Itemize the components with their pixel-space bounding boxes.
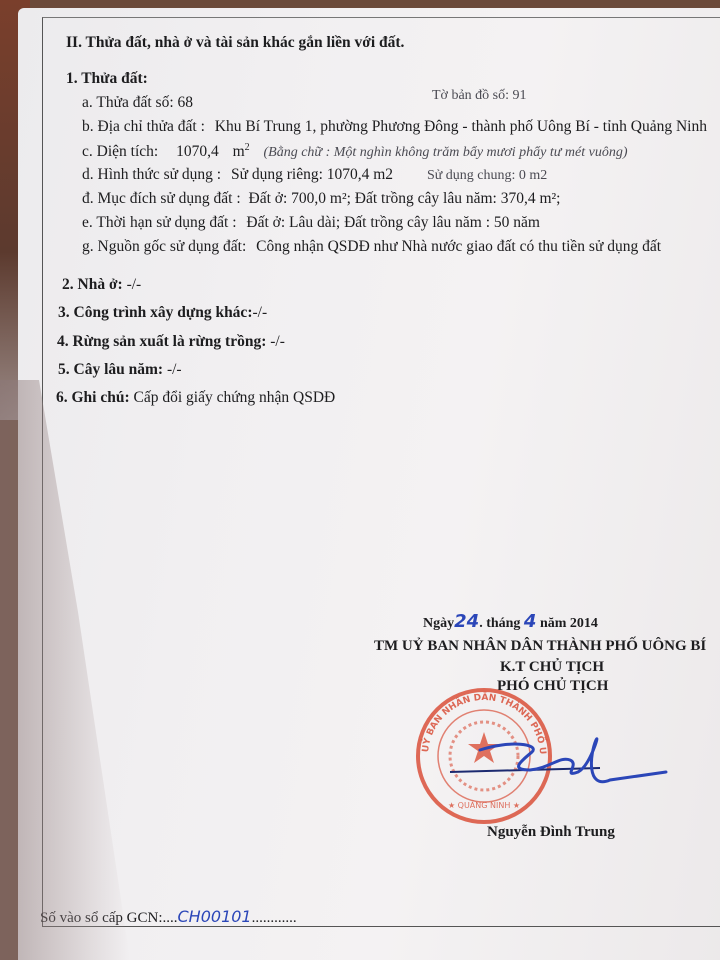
dotted-leader: ............	[252, 910, 297, 926]
origin-value: Công nhận QSDĐ như Nhà nước giao đất có …	[256, 238, 661, 255]
registry-label: Số vào sổ cấp GCN:	[40, 910, 163, 926]
item-value: -/-	[123, 276, 142, 293]
area-row: c. Diện tích: 1070,4 m2 (Bằng chữ : Một …	[82, 142, 627, 161]
item-value: -/-	[252, 304, 267, 321]
area-label: c. Diện tích:	[82, 143, 158, 160]
handwritten-signature-icon	[440, 720, 680, 810]
month-prefix: . tháng	[479, 616, 520, 631]
purpose-value: Đất ở: 700,0 m²; Đất trồng cây lâu năm: …	[249, 190, 561, 207]
origin-row: g. Nguồn gốc sử dụng đất: Công nhận QSDĐ…	[82, 238, 661, 256]
signing-date: Ngày24. tháng 4 năm 2014	[423, 611, 598, 632]
purpose-label: đ. Mục đích sử dụng đất :	[82, 190, 241, 207]
dotted-leader: ....	[163, 910, 178, 926]
item-house: 2. Nhà ở: -/-	[62, 276, 141, 294]
item-planted-forest: 4. Rừng sản xuất là rừng trồng: -/-	[57, 333, 285, 351]
handwritten-day: 24	[454, 611, 479, 632]
term-label: e. Thời hạn sử dụng đất :	[82, 214, 237, 231]
address-value: Khu Bí Trung 1, phường Phương Đông - thà…	[215, 118, 707, 135]
handwritten-month: 4	[524, 611, 537, 632]
item-label: 3. Công trình xây dựng khác:	[58, 304, 252, 321]
item-label: 4. Rừng sản xuất là rừng trồng:	[57, 333, 266, 350]
usage-private: Sử dụng riêng: 1070,4 m2	[231, 166, 393, 183]
area-in-words: (Bằng chữ : Một nghìn không trăm bẩy mươ…	[264, 145, 628, 160]
item-other-construction: 3. Công trình xây dựng khác:-/-	[58, 304, 267, 322]
area-value: 1070,4	[176, 143, 219, 160]
origin-label: g. Nguồn gốc sử dụng đất:	[82, 238, 246, 255]
issuing-authority: TM UỶ BAN NHÂN DÂN THÀNH PHỐ UÔNG BÍ	[374, 638, 706, 655]
item-value: -/-	[266, 333, 285, 350]
section-title: II. Thửa đất, nhà ở và tài sản khác gắn …	[66, 34, 404, 52]
handwritten-registry-number: CH00101	[178, 907, 252, 926]
item-note: 6. Ghi chú: Cấp đổi giấy chứng nhận QSDĐ	[56, 389, 335, 407]
registry-number-row: Số vào sổ cấp GCN:....CH00101...........…	[40, 907, 297, 927]
signer-name: Nguyễn Đình Trung	[487, 824, 615, 841]
item-label: 2. Nhà ở:	[62, 276, 123, 293]
term-value: Đất ở: Lâu dài; Đất trồng cây lâu năm : …	[246, 214, 540, 231]
item-perennial-trees: 5. Cây lâu năm: -/-	[58, 361, 182, 379]
area-unit: m	[233, 143, 245, 160]
on-behalf-title: K.T CHỦ TỊCH	[500, 659, 604, 676]
usage-form-label: d. Hình thức sử dụng :	[82, 166, 221, 183]
purpose-row: đ. Mục đích sử dụng đất : Đất ở: 700,0 m…	[82, 190, 560, 208]
map-sheet-number: Tờ bản đồ số: 91	[432, 88, 527, 104]
item-value: -/-	[163, 361, 182, 378]
item-label: 5. Cây lâu năm:	[58, 361, 163, 378]
address-label: b. Địa chỉ thửa đất :	[82, 118, 205, 135]
parcel-number: a. Thửa đất số: 68	[82, 94, 193, 112]
year-text: năm 2014	[540, 616, 598, 631]
land-heading: 1. Thửa đất:	[66, 70, 148, 88]
date-prefix: Ngày	[423, 616, 454, 631]
item-value: Cấp đổi giấy chứng nhận QSDĐ	[130, 389, 336, 406]
address-row: b. Địa chỉ thửa đất : Khu Bí Trung 1, ph…	[82, 118, 707, 136]
item-label: 6. Ghi chú:	[56, 389, 130, 406]
usage-shared: Sử dụng chung: 0 m2	[427, 168, 547, 183]
term-row: e. Thời hạn sử dụng đất : Đất ở: Lâu dài…	[82, 214, 540, 232]
usage-form-row: d. Hình thức sử dụng : Sử dụng riêng: 10…	[82, 166, 547, 184]
